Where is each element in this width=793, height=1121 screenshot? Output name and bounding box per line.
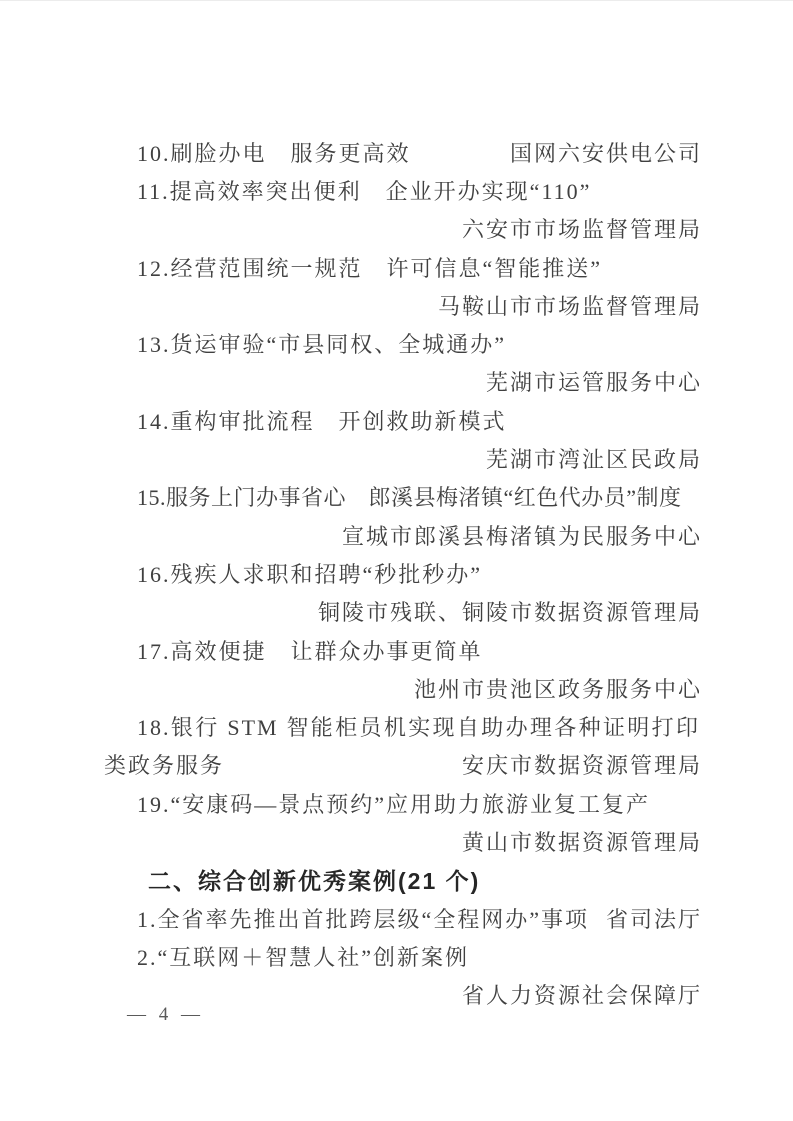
org-name: 池州市贵池区政务服务中心: [414, 673, 702, 704]
case-title: 12.经营范围统一规范 许可信息“智能推送”: [137, 252, 602, 283]
org-name: 安庆市数据资源管理局: [462, 749, 702, 780]
org-line: 池州市贵池区政务服务中心: [104, 669, 700, 707]
case-item: 10.刷脸办电 服务更高效国网六安供电公司: [104, 133, 700, 171]
org-name: 国网六安供电公司: [510, 137, 702, 168]
case-item: 17.高效便捷 让群众办事更简单: [104, 631, 700, 669]
org-name: 芜湖市湾沚区民政局: [486, 443, 702, 474]
case-title: 11.提高效率突出便利 企业开办实现“110”: [137, 175, 591, 206]
case-item: 16.残疾人求职和招聘“秒批秒办”: [104, 554, 700, 592]
document-body: 10.刷脸办电 服务更高效国网六安供电公司11.提高效率突出便利 企业开办实现“…: [104, 133, 700, 1014]
org-line: 宣城市郎溪县梅渚镇为民服务中心: [104, 516, 700, 554]
org-name: 省人力资源社会保障厅: [462, 979, 702, 1010]
case-title: 15.服务上门办事省心 郎溪县梅渚镇“红色代办员”制度: [137, 481, 682, 512]
case-title: 10.刷脸办电 服务更高效: [137, 137, 411, 168]
case-title: 1.全省率先推出首批跨层级“全程网办”事项: [137, 903, 589, 934]
org-name: 宣城市郎溪县梅渚镇为民服务中心: [342, 520, 702, 551]
heading-text: 二、综合创新优秀案例(21 个): [148, 863, 480, 896]
case-title: 19.“安康码—景点预约”应用助力旅游业复工复产: [137, 788, 650, 819]
case-item: 1.全省率先推出首批跨层级“全程网办”事项省司法厅: [104, 899, 700, 937]
case-item: 19.“安康码—景点预约”应用助力旅游业复工复产: [104, 784, 700, 822]
org-name: 六安市市场监督管理局: [462, 213, 702, 244]
document-page: 10.刷脸办电 服务更高效国网六安供电公司11.提高效率突出便利 企业开办实现“…: [0, 0, 793, 1121]
case-item: 14.重构审批流程 开创救助新模式: [104, 401, 700, 439]
case-title: 14.重构审批流程 开创救助新模式: [137, 405, 507, 436]
case-item: 18.银行 STM 智能柜员机实现自助办理各种证明打印: [104, 707, 700, 745]
case-item-continuation: 类政务服务安庆市数据资源管理局: [104, 746, 700, 784]
org-line: 芜湖市运管服务中心: [104, 363, 700, 401]
case-item: 2.“互联网＋智慧人社”创新案例: [104, 937, 700, 975]
org-line: 铜陵市残联、铜陵市数据资源管理局: [104, 593, 700, 631]
case-item: 11.提高效率突出便利 企业开办实现“110”: [104, 171, 700, 209]
case-item: 15.服务上门办事省心 郎溪县梅渚镇“红色代办员”制度: [104, 478, 700, 516]
case-title: 16.残疾人求职和招聘“秒批秒办”: [137, 558, 482, 589]
org-line: 芜湖市湾沚区民政局: [104, 439, 700, 477]
case-item: 13.货运审验“市县同权、全城通办”: [104, 324, 700, 362]
case-item: 12.经营范围统一规范 许可信息“智能推送”: [104, 248, 700, 286]
org-line: 马鞍山市市场监督管理局: [104, 286, 700, 324]
org-name: 省司法厅: [606, 903, 702, 934]
page-number: — 4 —: [127, 1004, 204, 1025]
case-title: 13.货运审验“市县同权、全城通办”: [137, 328, 506, 359]
org-line: 六安市市场监督管理局: [104, 210, 700, 248]
section-heading: 二、综合创新优秀案例(21 个): [104, 861, 700, 899]
case-title: 18.银行 STM 智能柜员机实现自助办理各种证明打印: [137, 711, 700, 742]
org-line: 黄山市数据资源管理局: [104, 822, 700, 860]
case-title: 2.“互联网＋智慧人社”创新案例: [137, 941, 469, 972]
org-name: 黄山市数据资源管理局: [462, 826, 702, 857]
org-name: 芜湖市运管服务中心: [486, 366, 702, 397]
org-name: 马鞍山市市场监督管理局: [438, 290, 702, 321]
case-title: 17.高效便捷 让群众办事更简单: [137, 635, 483, 666]
case-title: 类政务服务: [104, 749, 224, 780]
page-footer: — 4 —: [127, 1004, 204, 1026]
org-name: 铜陵市残联、铜陵市数据资源管理局: [318, 596, 702, 627]
